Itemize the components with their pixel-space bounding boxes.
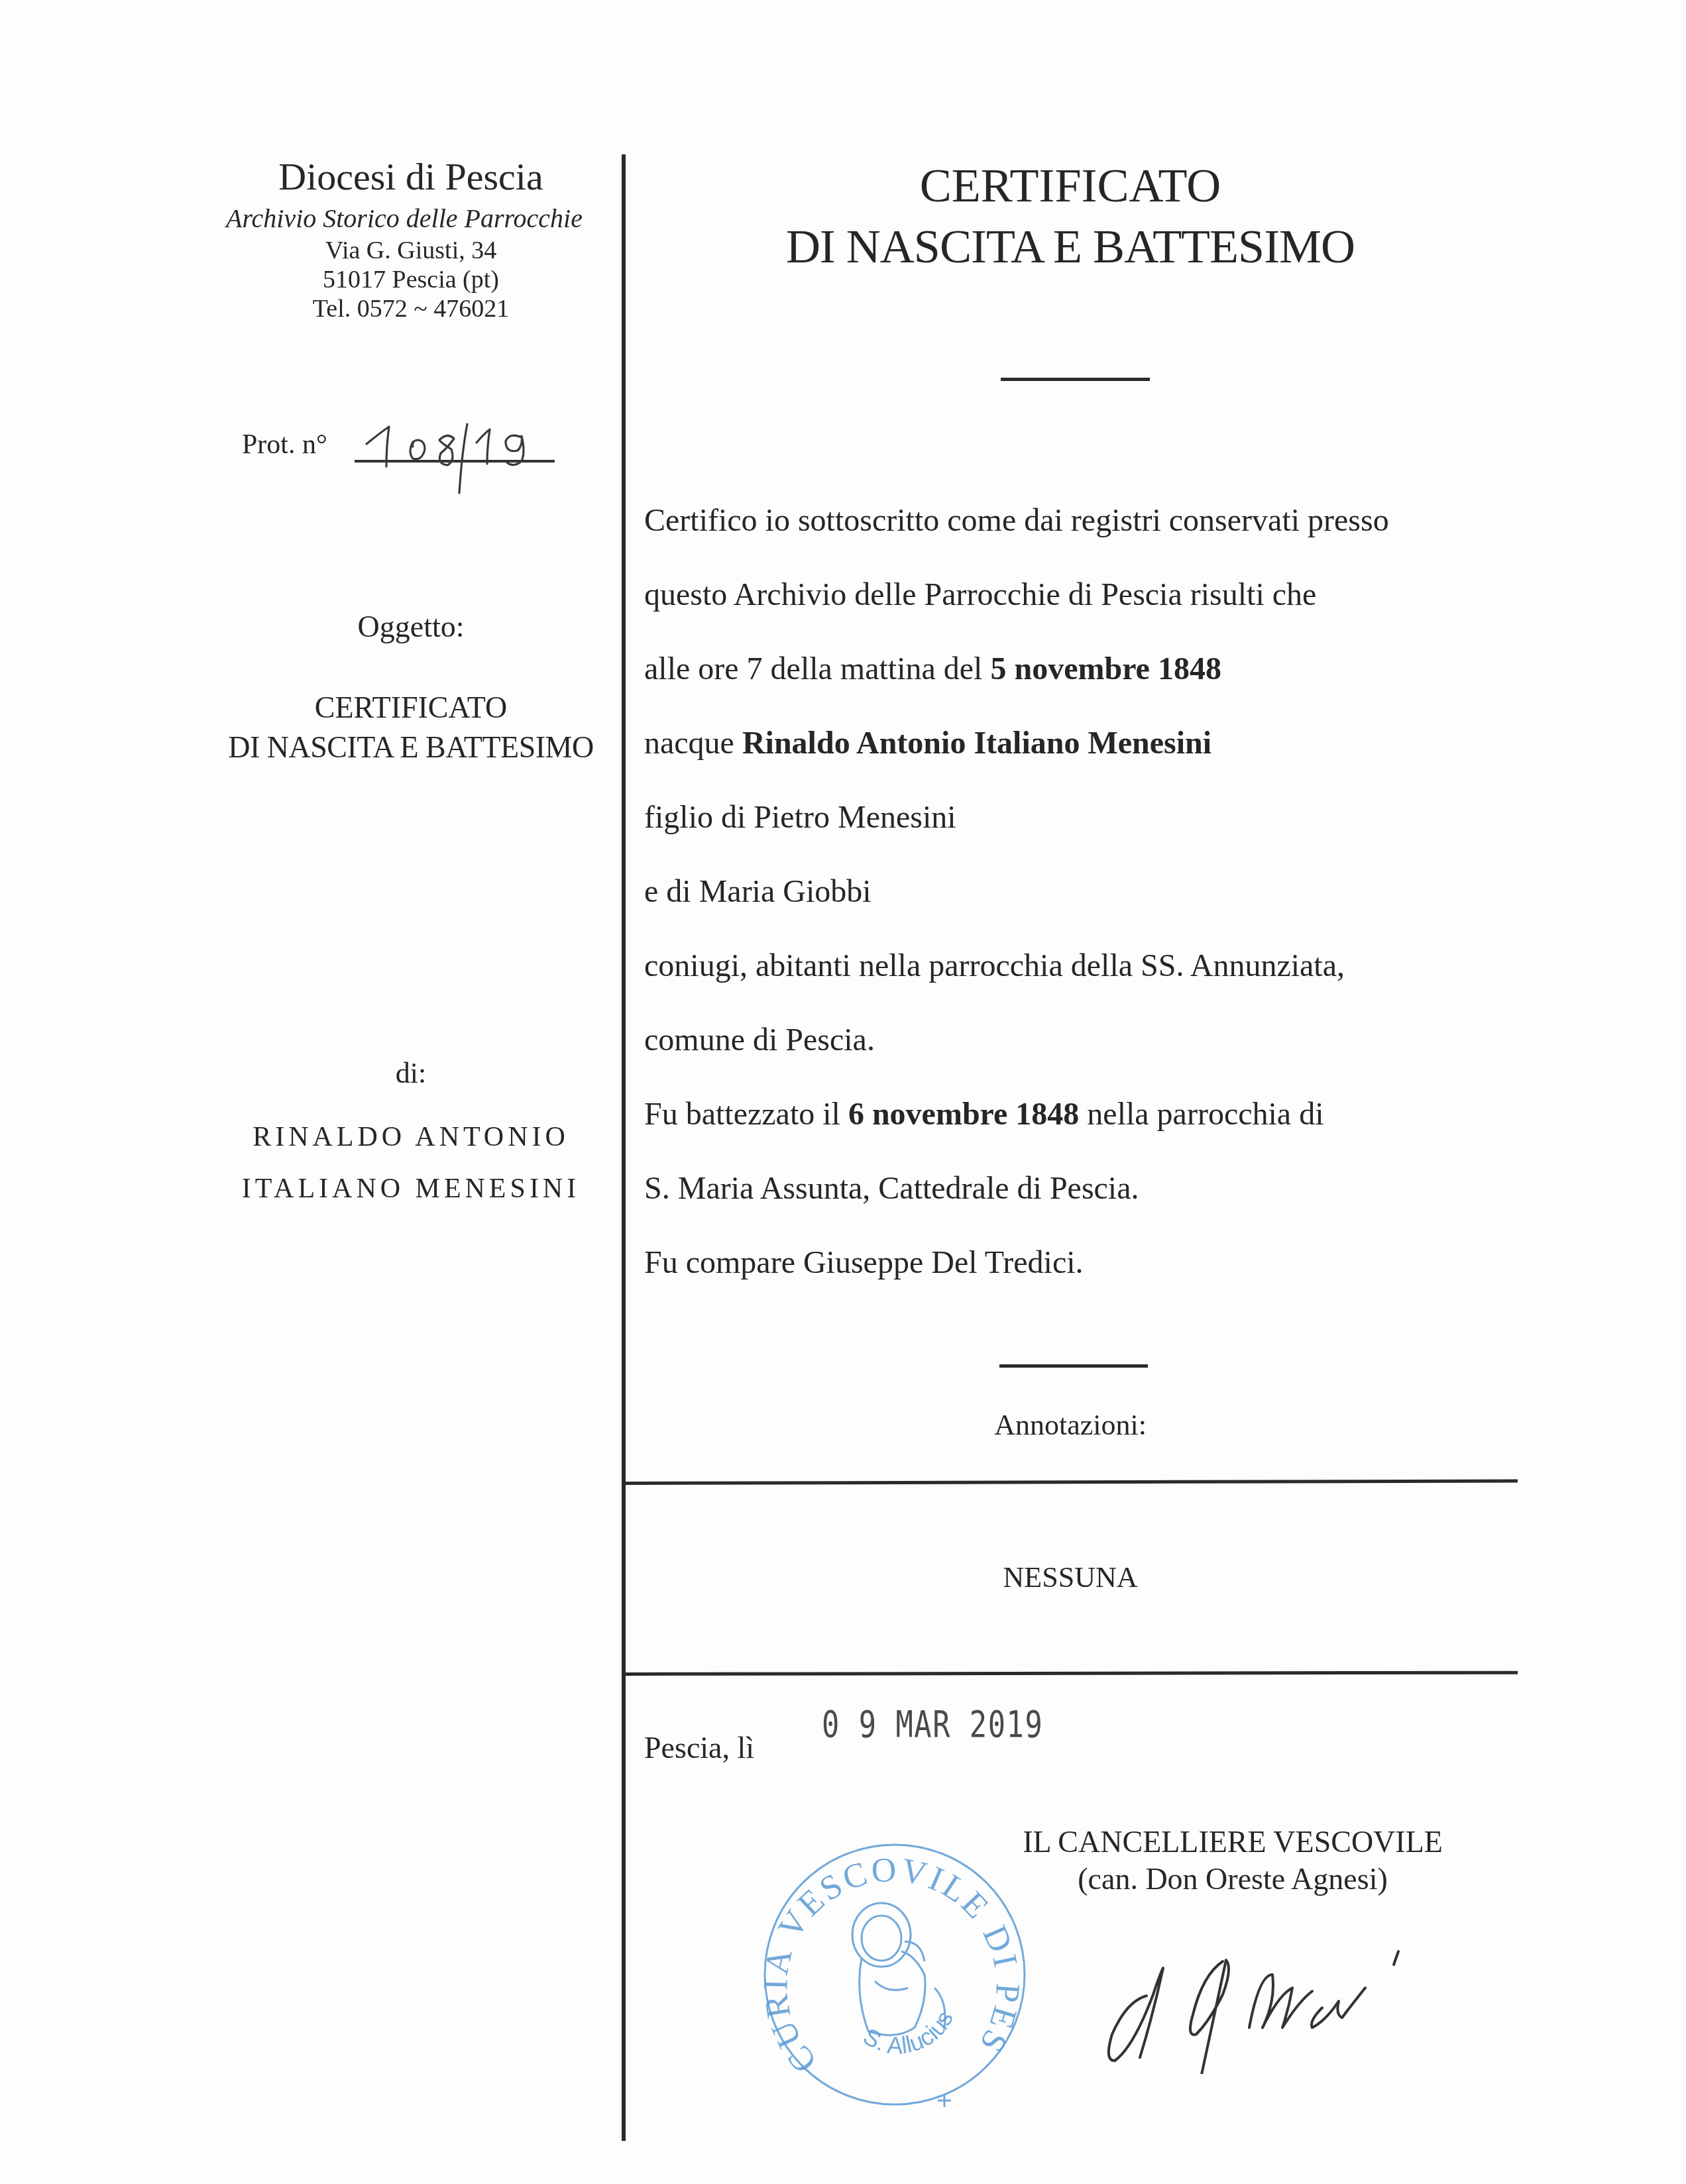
body-line: S. Maria Assunta, Cattedrale di Pescia. [644,1170,1139,1207]
org-name: Diocesi di Pescia [172,154,649,200]
body-line: e di Maria Giobbi [644,873,871,910]
body-line: Certifico io sottoscritto come dai regis… [644,502,1389,539]
person-name-line-1: RINALDO ANTONIO [172,1120,649,1154]
body-line: nacque Rinaldo Antonio Italiano Menesini [644,725,1211,762]
org-subtitle: Archivio Storico delle Parrocchie [166,202,643,235]
office-holder-name: (can. Don Oreste Agnesi) [994,1861,1471,1898]
body-text: alle ore 7 della mattina del [644,651,990,686]
body-line: alle ore 7 della mattina del 5 novembre … [644,651,1221,688]
body-text: nacque [644,726,742,761]
title-rule [1001,378,1150,381]
signature [1060,1922,1405,2074]
protocol-handwritten-number [348,406,560,498]
body-text: Fu battezzato il [644,1097,848,1132]
office-title: IL CANCELLIERE VESCOVILE [994,1824,1471,1861]
body-line: figlio di Pietro Menesini [644,799,956,836]
person-name-line-2: ITALIANO MENESINI [172,1172,649,1206]
annotations-top-rule [623,1479,1518,1485]
body-emphasis: 6 novembre 1848 [848,1097,1079,1132]
body-text: nella parrocchia di [1079,1097,1323,1132]
document-title-line-2: DI NASCITA E BATTESIMO [729,219,1412,274]
address-city: 51017 Pescia (pt) [172,265,649,294]
address-street: Via G. Giusti, 34 [172,236,649,265]
body-line: comune di Pescia. [644,1022,875,1059]
subject-line-1: CERTIFICATO [172,689,649,726]
date-stamp: 0 9 MAR 2019 [822,1703,1043,1747]
body-emphasis: Rinaldo Antonio Italiano Menesini [742,726,1211,761]
body-line: questo Archivio delle Parrocchie di Pesc… [644,576,1316,614]
annotations-value: NESSUNA [729,1560,1412,1596]
svg-text:S. Allucius: S. Allucius [858,2006,958,2059]
body-emphasis: 5 novembre 1848 [990,651,1221,686]
phone-number: Tel. 0572 ~ 476021 [172,294,649,323]
body-line: Fu compare Giuseppe Del Tredici. [644,1244,1084,1282]
seal-inner-text: S. Allucius [858,2006,958,2059]
body-line: coniugi, abitanti nella parrocchia della… [644,948,1345,985]
document-title-line-1: CERTIFICATO [729,158,1412,213]
protocol-label: Prot. n° [242,428,327,461]
place-label: Pescia, lì [644,1729,754,1767]
annotations-bottom-rule [623,1671,1518,1676]
subject-line-2: DI NASCITA E BATTESIMO [172,729,649,766]
body-line: Fu battezzato il 6 novembre 1848 nella p… [644,1096,1323,1133]
annotations-label: Annotazioni: [729,1407,1412,1443]
person-of-label: di: [172,1056,649,1091]
diocese-seal-icon: CURIA VESCOVILE DI PESCIA S. Allucius [756,1842,1034,2107]
annotations-rule [999,1364,1148,1368]
subject-label: Oggetto: [172,608,649,645]
